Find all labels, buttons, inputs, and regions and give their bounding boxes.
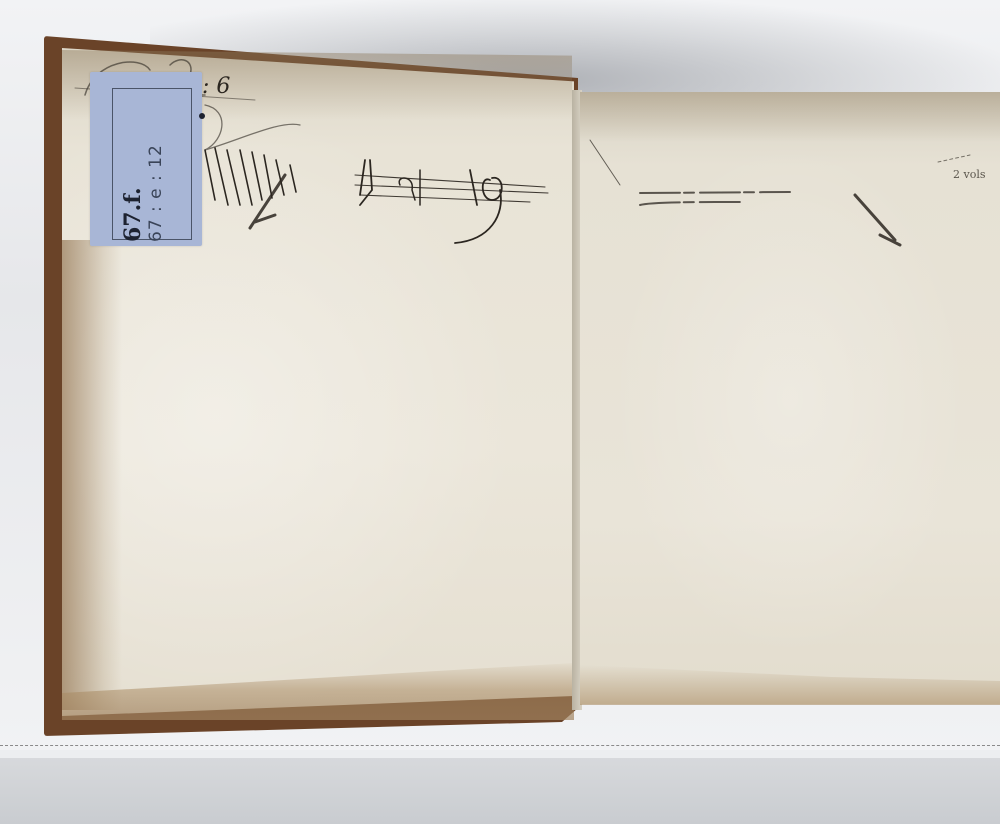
label-dot [199,113,205,119]
library-shelfmark-label: 67.f. 67 : e : 12 [90,72,202,246]
handwritten-shelfmark: 67 : e : 12 [146,144,166,242]
shelfmark-inscription: : 6 [202,74,230,99]
printed-shelfmark: 67.f. [120,187,146,242]
volumes-note: 2 vols [953,168,986,181]
